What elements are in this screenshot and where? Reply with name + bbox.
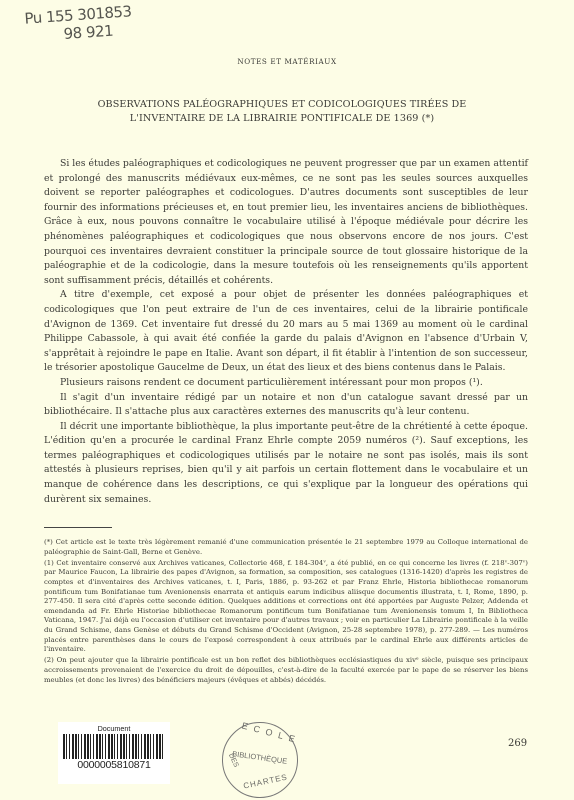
barcode-caption: Document [58, 724, 170, 733]
article-body: Si les études paléographiques et codicol… [44, 157, 528, 507]
page-number: 269 [508, 738, 527, 749]
paragraph: A titre d'exemple, cet exposé a pour obj… [44, 288, 528, 376]
footnote-1: (1) Cet inventaire conservé aux Archives… [44, 559, 528, 655]
barcode-number: 0000005810871 [58, 759, 170, 771]
barcode-icon [63, 734, 165, 759]
title-line-2: L'INVENTAIRE DE LA LIBRAIRIE PONTIFICALE… [60, 112, 504, 126]
footnote-divider [44, 527, 112, 528]
stamp-text-middle: BIBLIOTHÈQUE [232, 749, 288, 766]
paragraph: Si les études paléographiques et codicol… [44, 157, 528, 288]
running-head: NOTES ET MATÉRIAUX [0, 57, 574, 66]
article-title: OBSERVATIONS PALÉOGRAPHIQUES ET CODICOLO… [60, 98, 504, 125]
stamp-text-top: ECOLE [241, 720, 302, 745]
barcode-label: Document 0000005810871 [58, 722, 170, 784]
footnotes: (*) Cet article est le texte très légère… [44, 538, 528, 687]
paragraph: Plusieurs raisons rendent ce document pa… [44, 376, 528, 391]
stamp-text-bottom: CHARTES [243, 772, 289, 790]
footnote-star: (*) Cet article est le texte très légère… [44, 538, 528, 557]
handwritten-shelfmark: Pu 155 301853 98 921 [24, 2, 133, 45]
library-stamp: ECOLE BIBLIOTHÈQUE DES CHARTES [222, 722, 298, 798]
footnote-2: (2) On peut ajouter que la librairie pon… [44, 656, 528, 685]
paragraph: Il décrit une importante bibliothèque, l… [44, 420, 528, 508]
title-line-1: OBSERVATIONS PALÉOGRAPHIQUES ET CODICOLO… [60, 98, 504, 112]
paragraph: Il s'agit d'un inventaire rédigé par un … [44, 391, 528, 420]
